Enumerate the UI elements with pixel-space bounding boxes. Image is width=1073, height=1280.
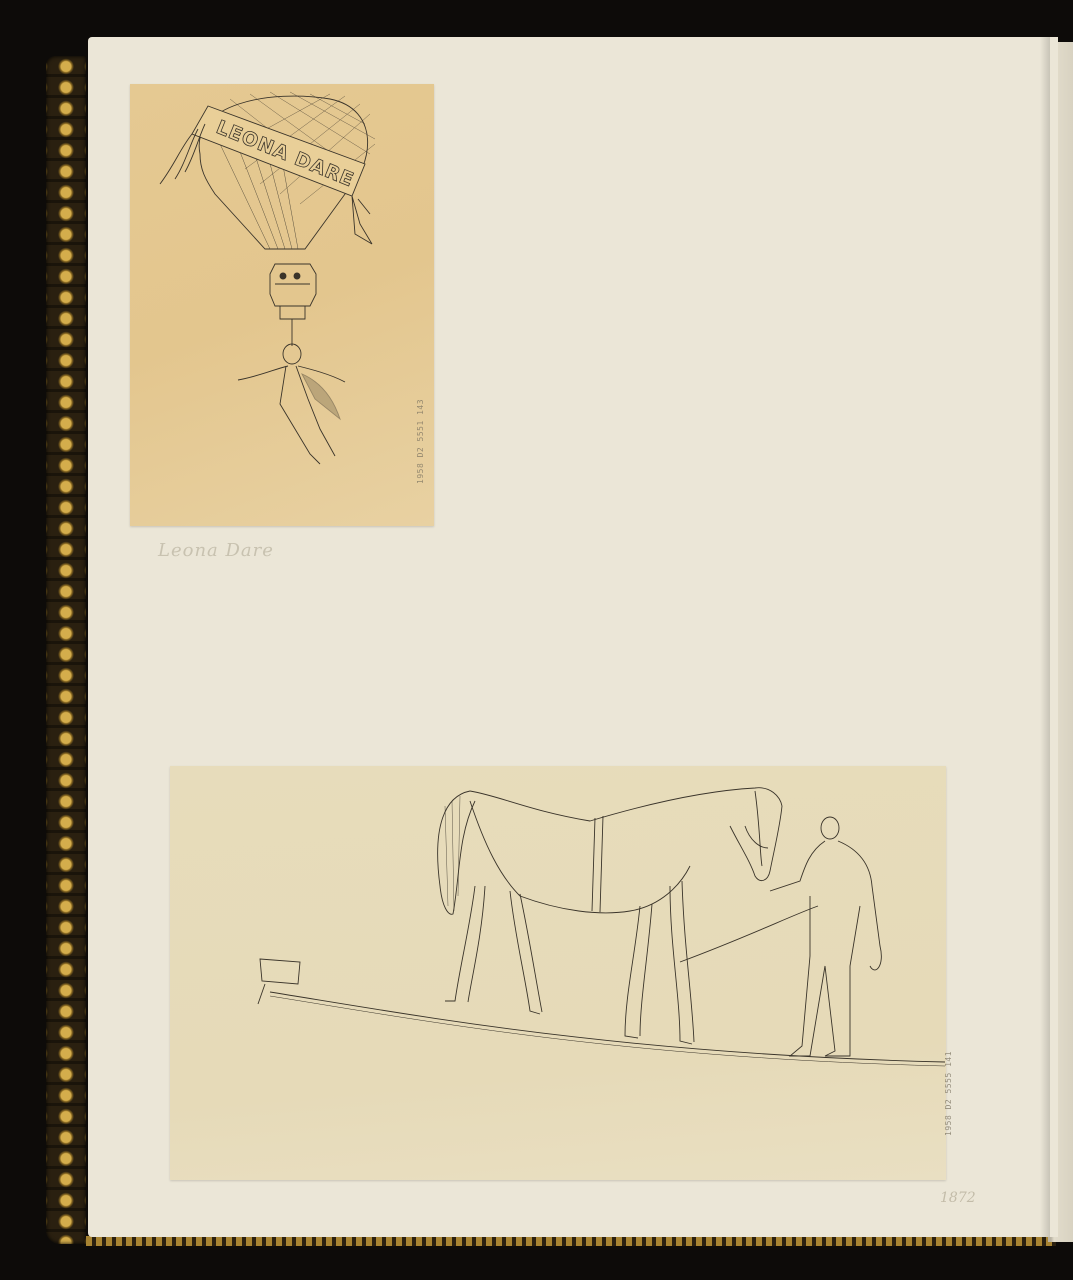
horse-sketch-icon — [170, 766, 946, 1180]
balloon-caption: Leona Dare — [158, 540, 274, 561]
balloon-sketch-icon: LEONA DARE — [130, 84, 434, 526]
balloon-drawing: LEONA DARE 1958 D2 5551 143 — [130, 84, 434, 526]
gilt-binding-edge — [46, 56, 86, 1244]
horse-inventory-stamp: 1958 D2 5555 141 — [944, 1051, 953, 1136]
horse-drawing: 1958 D2 5555 141 — [170, 766, 946, 1180]
year-annotation: 1872 — [940, 1190, 976, 1206]
balloon-inventory-stamp: 1958 D2 5551 143 — [416, 399, 425, 484]
gilt-binding-bottom — [86, 1236, 1056, 1246]
gutter-shadow — [1040, 37, 1050, 1237]
